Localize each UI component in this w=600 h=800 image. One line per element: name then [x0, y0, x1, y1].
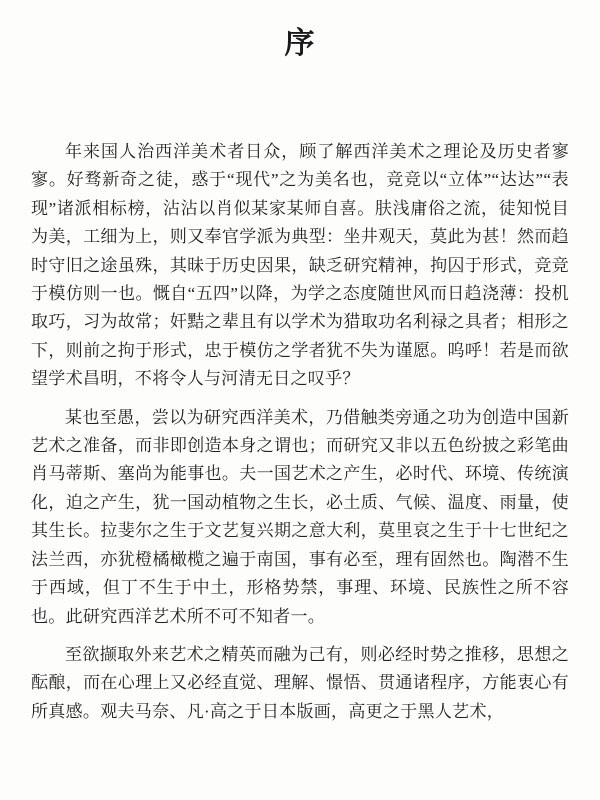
page-title: 序 — [31, 22, 569, 66]
text-block: 序 年来国人治西洋美术者日众，顾了解西洋美术之理论及历史者寥寥。好骛新奇之徒，惑… — [0, 0, 600, 726]
paragraph-2: 某也至愚，尝以为研究西洋美术，乃借触类旁通之功为创造中国新艺术之准备，而非即创造… — [31, 404, 569, 631]
paragraph-3: 至欲撷取外来艺术之精英而融为己有，则必经时势之推移，思想之酝酿，而在心理上又必经… — [31, 641, 569, 726]
paragraph-1: 年来国人治西洋美术者日众，顾了解西洋美术之理论及历史者寥寥。好骛新奇之徒，惑于“… — [31, 138, 569, 394]
document-page: 序 年来国人治西洋美术者日众，顾了解西洋美术之理论及历史者寥寥。好骛新奇之徒，惑… — [0, 0, 600, 800]
